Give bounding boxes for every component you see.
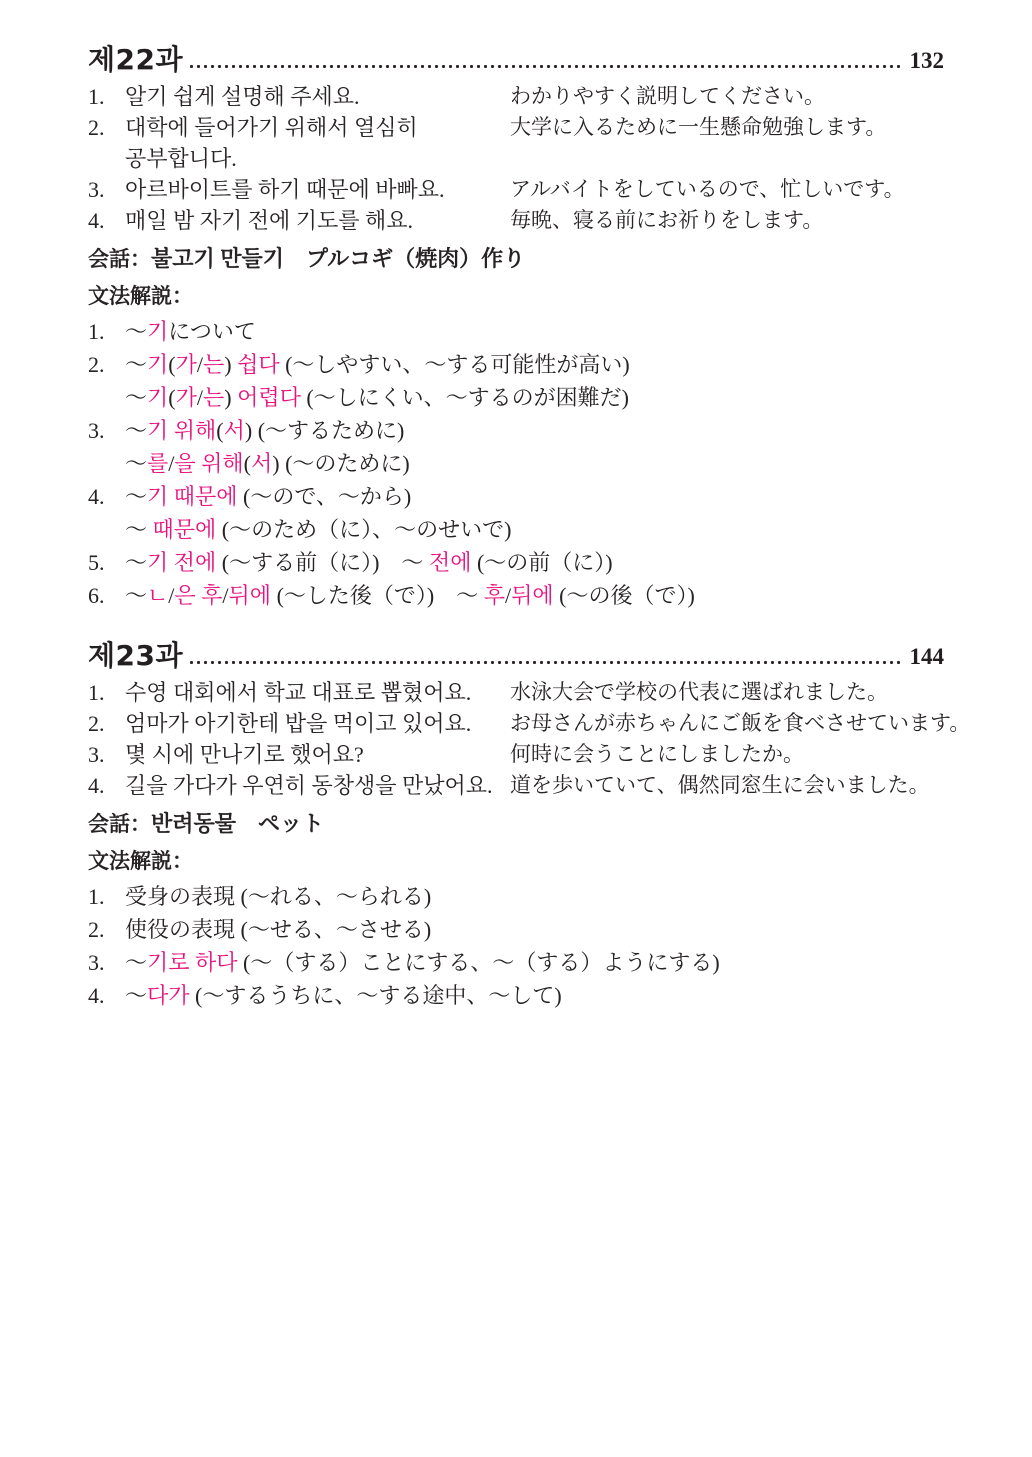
grammar-segment: 가 (176, 385, 197, 410)
toc-item: 4.매일 밤 자기 전에 기도를 해요.毎晩、寝る前にお祈りをします。 (88, 205, 944, 236)
item-number: 3. (88, 174, 125, 205)
grammar-item-text: 使役の表現 (～せる、～させる) (125, 913, 431, 946)
book-page: 제22과1321.알기 쉽게 설명해 주세요.わかりやすく説明してください。2.… (0, 0, 1032, 1457)
grammar-segment: 는 (203, 352, 224, 377)
item-korean-line: 엄마가 아기한테 밥을 먹이고 있어요. (125, 708, 510, 739)
grammar-item-number: 4. (88, 979, 125, 1012)
grammar-segment: ) (224, 352, 237, 377)
lessons-container: 제22과1321.알기 쉽게 설명해 주세요.わかりやすく説明してください。2.… (88, 44, 944, 1012)
lesson-title: 제23과 (88, 640, 183, 672)
grammar-item: 6.～ㄴ/은 후/뒤에 (～した後（で）) ～ 후/뒤에 (～の後（で）) (88, 579, 944, 612)
toc-item: 3.몇 시에 만나기로 했어요?何時に会うことにしましたか。 (88, 739, 944, 770)
grammar-segment: (～するうちに、～する途中、～して) (190, 983, 562, 1008)
item-japanese: お母さんが赤ちゃんにご飯を食べさせています。 (510, 708, 970, 739)
grammar-item: 3.～기 위해(서) (～するために) (88, 414, 944, 447)
grammar-list: 1.受身の表現 (～れる、～られる)2.使役の表現 (～せる、～させる)3.～기… (88, 880, 944, 1012)
grammar-segment: (～するために) (252, 418, 404, 443)
grammar-segment: 를 (147, 451, 168, 476)
lesson-22: 제22과1321.알기 쉽게 설명해 주세요.わかりやすく説明してください。2.… (88, 44, 944, 612)
kaiwa-label: 会話： (88, 812, 151, 836)
grammar-segment: ～ (125, 517, 153, 542)
grammar-item: ～기(가/는) 어렵다 (～しにくい、～するのが困難だ) (88, 381, 944, 414)
grammar-segment: 은 후 (174, 583, 222, 608)
grammar-item-number: 4. (88, 480, 125, 513)
lesson-page-number: 132 (910, 45, 945, 76)
grammar-segment: ～ (125, 983, 147, 1008)
lesson-title: 제22과 (88, 44, 183, 76)
grammar-segment: (～のために) (280, 451, 410, 476)
toc-item: 2.엄마가 아기한테 밥을 먹이고 있어요.お母さんが赤ちゃんにご飯を食べさせて… (88, 708, 944, 739)
grammar-segment: 기 때문에 (147, 484, 238, 509)
grammar-item-text: ～기について (125, 315, 256, 348)
grammar-item: 1.～기について (88, 315, 944, 348)
dotted-leader (188, 640, 899, 672)
grammar-segment: ( (168, 352, 175, 377)
grammar-segment: 기 위해 (147, 418, 216, 443)
toc-items: 1.수영 대회에서 학교 대표로 뽑혔어요.水泳大会で学校の代表に選ばれました。… (88, 677, 944, 801)
grammar-item-text: ～기 때문에 (～ので、～から) (125, 480, 411, 513)
item-japanese: アルバイトをしているので、忙しいです。 (510, 174, 944, 205)
grammar-item: 2.使役の表現 (～せる、～させる) (88, 913, 944, 946)
item-korean-line: 몇 시에 만나기로 했어요? (125, 739, 510, 770)
lesson-23: 제23과1441.수영 대회에서 학교 대표로 뽑혔어요.水泳大会で学校の代表に… (88, 640, 944, 1012)
item-number: 2. (88, 112, 125, 174)
lesson-heading: 제22과132 (88, 44, 944, 76)
item-korean-line: 대학에 들어가기 위해서 열심히 (125, 112, 510, 143)
grammar-segment: 기 (147, 319, 168, 344)
grammar-segment: 후 (484, 583, 505, 608)
grammar-item: ～ 때문에 (～のため（に）、～のせいで) (88, 513, 944, 546)
item-japanese: 大学に入るために一生懸命勉強します。 (510, 112, 944, 174)
grammar-item-number: 1. (88, 880, 125, 913)
grammar-segment: (～しやすい、～する可能性が高い) (280, 352, 630, 377)
item-korean-line: 수영 대회에서 학교 대표로 뽑혔어요. (125, 677, 510, 708)
item-japanese: 毎晩、寝る前にお祈りをします。 (510, 205, 944, 236)
grammar-item-number: 1. (88, 315, 125, 348)
grammar-item-number (88, 513, 125, 546)
lesson-page-number: 144 (910, 641, 945, 672)
grammar-segment: ( (244, 451, 251, 476)
grammar-list: 1.～기について2.～기(가/는) 쉽다 (～しやすい、～する可能性が高い)～기… (88, 315, 944, 612)
grammar-item-text: ～기 전에 (～する前（に）) ～ 전에 (～の前（に）) (125, 546, 613, 579)
grammar-segment: ( (168, 385, 175, 410)
grammar-segment: 뒤에 (229, 583, 272, 608)
grammar-item-number: 2. (88, 348, 125, 381)
grammar-section-label: 文法解説： (88, 846, 944, 876)
grammar-segment: ～ (125, 583, 147, 608)
grammar-segment: (～した後（で）) ～ (271, 583, 484, 608)
kaiwa-text: 반려동물 ペット (151, 811, 324, 836)
kaiwa-label: 会話： (88, 247, 151, 271)
grammar-segment: (～のため（に）、～のせいで) (216, 517, 511, 542)
grammar-item-number (88, 381, 125, 414)
grammar-segment: 기로 하다 (147, 950, 238, 975)
grammar-segment: 뒤에 (511, 583, 554, 608)
grammar-item: 1.受身の表現 (～れる、～られる) (88, 880, 944, 913)
toc-item: 4.길을 가다가 우연히 동창생을 만났어요.道を歩いていて、偶然同窓生に会いま… (88, 770, 944, 801)
item-number: 4. (88, 205, 125, 236)
toc-items: 1.알기 쉽게 설명해 주세요.わかりやすく説明してください。2.대학에 들어가… (88, 81, 944, 236)
toc-item: 1.수영 대회에서 학교 대표로 뽑혔어요.水泳大会で学校の代表に選ばれました。 (88, 677, 944, 708)
item-korean: 길을 가다가 우연히 동창생을 만났어요. (125, 770, 510, 801)
grammar-segment: ～ (125, 550, 147, 575)
item-number: 1. (88, 81, 125, 112)
item-korean: 매일 밤 자기 전에 기도를 해요. (125, 205, 510, 236)
item-korean-line: 길을 가다가 우연히 동창생을 만났어요. (125, 770, 510, 801)
grammar-item-text: ～기(가/는) 어렵다 (～しにくい、～するのが困難だ) (125, 381, 629, 414)
grammar-segment: 서 (251, 451, 272, 476)
grammar-segment: 서 (224, 418, 245, 443)
grammar-segment: (～（する）ことにする、～（する）ようにする) (238, 950, 720, 975)
grammar-segment: 使役の表現 (～せる、～させる) (125, 917, 431, 942)
item-korean: 몇 시에 만나기로 했어요? (125, 739, 510, 770)
grammar-segment: 기 전에 (147, 550, 216, 575)
grammar-item: 4.～다가 (～するうちに、～する途中、～して) (88, 979, 944, 1012)
grammar-segment: 가 (176, 352, 197, 377)
grammar-segment: (～する前（に）) ～ (216, 550, 429, 575)
item-number: 4. (88, 770, 125, 801)
item-japanese: 道を歩いていて、偶然同窓生に会いました。 (510, 770, 944, 801)
item-number: 3. (88, 739, 125, 770)
grammar-item-number: 5. (88, 546, 125, 579)
grammar-segment: ～ (125, 352, 147, 377)
kaiwa-text: 불고기 만들기 プルコギ（焼肉）作り (151, 246, 525, 271)
toc-item: 3.아르바이트를 하기 때문에 바빠요.アルバイトをしているので、忙しいです。 (88, 174, 944, 205)
grammar-segment: ～ (125, 451, 147, 476)
grammar-segment: (～ので、～から) (238, 484, 412, 509)
grammar-item: ～를/을 위해(서) (～のために) (88, 447, 944, 480)
grammar-segment: ) (272, 451, 279, 476)
grammar-segment: 기 (147, 385, 168, 410)
grammar-segment: 전에 (429, 550, 472, 575)
grammar-segment: ) (224, 385, 237, 410)
grammar-segment: (～の後（で）) (554, 583, 695, 608)
grammar-segment: ㄴ (147, 583, 168, 608)
grammar-item-text: ～기 위해(서) (～するために) (125, 414, 404, 447)
item-korean: 엄마가 아기한테 밥을 먹이고 있어요. (125, 708, 510, 739)
grammar-item-text: 受身の表現 (～れる、～られる) (125, 880, 431, 913)
grammar-segment: 기 (147, 352, 168, 377)
grammar-item-number: 3. (88, 414, 125, 447)
grammar-item-text: ～ 때문에 (～のため（に）、～のせいで) (125, 513, 511, 546)
grammar-segment: ～ (125, 950, 147, 975)
grammar-segment: (～の前（に）) (471, 550, 612, 575)
item-japanese: わかりやすく説明してください。 (510, 81, 944, 112)
item-japanese: 何時に会うことにしましたか。 (510, 739, 944, 770)
grammar-segment: 쉽다 (237, 352, 280, 377)
grammar-item-number (88, 447, 125, 480)
toc-item: 1.알기 쉽게 설명해 주세요.わかりやすく説明してください。 (88, 81, 944, 112)
grammar-segment: ～ (125, 385, 147, 410)
item-korean-line: 아르바이트를 하기 때문에 바빠요. (125, 174, 510, 205)
grammar-item-text: ～기(가/는) 쉽다 (～しやすい、～する可能性が高い) (125, 348, 630, 381)
grammar-segment: について (168, 319, 256, 344)
grammar-segment: ～ (125, 484, 147, 509)
kaiwa-line: 会話：반려동물 ペット (88, 809, 944, 842)
grammar-item-number: 3. (88, 946, 125, 979)
lesson-heading: 제23과144 (88, 640, 944, 672)
grammar-section-label: 文法解説： (88, 281, 944, 311)
item-korean-line: 매일 밤 자기 전에 기도를 해요. (125, 205, 510, 236)
toc-item: 2.대학에 들어가기 위해서 열심히공부합니다.大学に入るために一生懸命勉強しま… (88, 112, 944, 174)
grammar-segment: ( (216, 418, 223, 443)
grammar-segment: 을 위해 (174, 451, 243, 476)
grammar-item-text: ～다가 (～するうちに、～する途中、～して) (125, 979, 562, 1012)
grammar-item: 3.～기로 하다 (～（する）ことにする、～（する）ようにする) (88, 946, 944, 979)
grammar-item-text: ～ㄴ/은 후/뒤에 (～した後（で）) ～ 후/뒤에 (～の後（で）) (125, 579, 695, 612)
item-korean-line: 알기 쉽게 설명해 주세요. (125, 81, 510, 112)
grammar-item: 2.～기(가/는) 쉽다 (～しやすい、～する可能性が高い) (88, 348, 944, 381)
item-number: 1. (88, 677, 125, 708)
grammar-segment: 때문에 (153, 517, 217, 542)
grammar-item-text: ～를/을 위해(서) (～のために) (125, 447, 410, 480)
grammar-segment: 다가 (147, 983, 190, 1008)
grammar-segment: 受身の表現 (～れる、～られる) (125, 884, 431, 909)
grammar-item: 4.～기 때문에 (～ので、～から) (88, 480, 944, 513)
grammar-segment: 는 (203, 385, 224, 410)
item-korean: 아르바이트를 하기 때문에 바빠요. (125, 174, 510, 205)
grammar-item: 5.～기 전에 (～する前（に）) ～ 전에 (～の前（に）) (88, 546, 944, 579)
grammar-segment: ～ (125, 319, 147, 344)
item-korean: 대학에 들어가기 위해서 열심히공부합니다. (125, 112, 510, 174)
grammar-item-number: 6. (88, 579, 125, 612)
item-korean: 알기 쉽게 설명해 주세요. (125, 81, 510, 112)
grammar-segment: (～しにくい、～するのが困難だ) (301, 385, 629, 410)
item-korean: 수영 대회에서 학교 대표로 뽑혔어요. (125, 677, 510, 708)
grammar-segment: ～ (125, 418, 147, 443)
grammar-segment: 어렵다 (237, 385, 301, 410)
grammar-item-text: ～기로 하다 (～（する）ことにする、～（する）ようにする) (125, 946, 720, 979)
item-japanese: 水泳大会で学校の代表に選ばれました。 (510, 677, 944, 708)
dotted-leader (188, 44, 899, 76)
grammar-item-number: 2. (88, 913, 125, 946)
item-number: 2. (88, 708, 125, 739)
item-korean-line: 공부합니다. (125, 143, 510, 174)
kaiwa-line: 会話：불고기 만들기 プルコギ（焼肉）作り (88, 244, 944, 277)
